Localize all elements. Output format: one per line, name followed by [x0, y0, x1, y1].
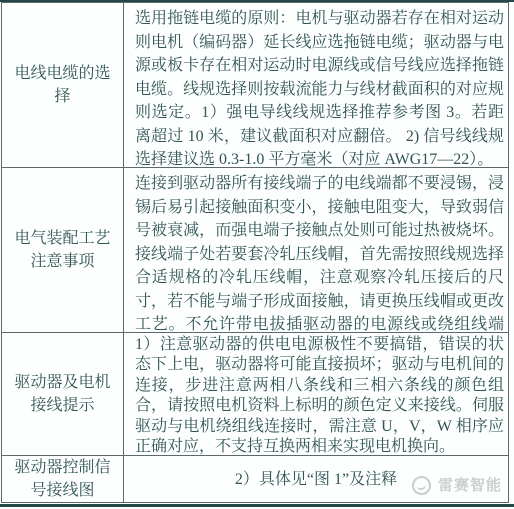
row-body-cable-selection: 选用拖链电缆的原则：电机与驱动器若存在相对运动则电机（编码器）延长线应选拖链电缆…: [124, 3, 508, 168]
leadshine-logo-icon: [412, 476, 431, 495]
row-header-driver-motor-wiring: 驱动器及电机接线提示: [2, 333, 124, 456]
row-body-control-signal-diagram: 2）具体见“图 1”及注释 雷赛智能: [124, 456, 508, 502]
row-body-driver-motor-wiring: 1）注意驱动器的供电电源极性不要搞错，错误的状态下上电，驱动器将可能直接损坏；驱…: [124, 333, 508, 456]
watermark-label: 雷赛智能: [438, 474, 502, 497]
wiring-spec-table: 电线电缆的选择 选用拖链电缆的原则：电机与驱动器若存在相对运动则电机（编码器）延…: [1, 2, 509, 503]
document-page: 电线电缆的选择 选用拖链电缆的原则：电机与驱动器若存在相对运动则电机（编码器）延…: [0, 0, 514, 509]
row-body-assembly-notes: 连接到驱动器所有接线端子的电线端都不要浸锡，浸锡后易引起接触面积变小，接触电阻变…: [124, 168, 508, 333]
row-header-label: 电气装配工艺注意事项: [9, 227, 116, 273]
row-header-control-signal-diagram: 驱动器控制信号接线图: [2, 456, 124, 502]
bottom-edge-strip: [0, 504, 514, 507]
row-header-label: 电线电缆的选择: [9, 62, 116, 108]
row-header-label: 驱动器控制信号接线图: [9, 456, 116, 502]
diagram-reference-text: 2）具体见“图 1”及注释: [235, 468, 397, 491]
watermark: 雷赛智能: [412, 474, 502, 497]
row-header-cable-selection: 电线电缆的选择: [2, 3, 124, 168]
row-header-assembly-notes: 电气装配工艺注意事项: [2, 168, 124, 333]
row-header-label: 驱动器及电机接线提示: [9, 371, 116, 417]
